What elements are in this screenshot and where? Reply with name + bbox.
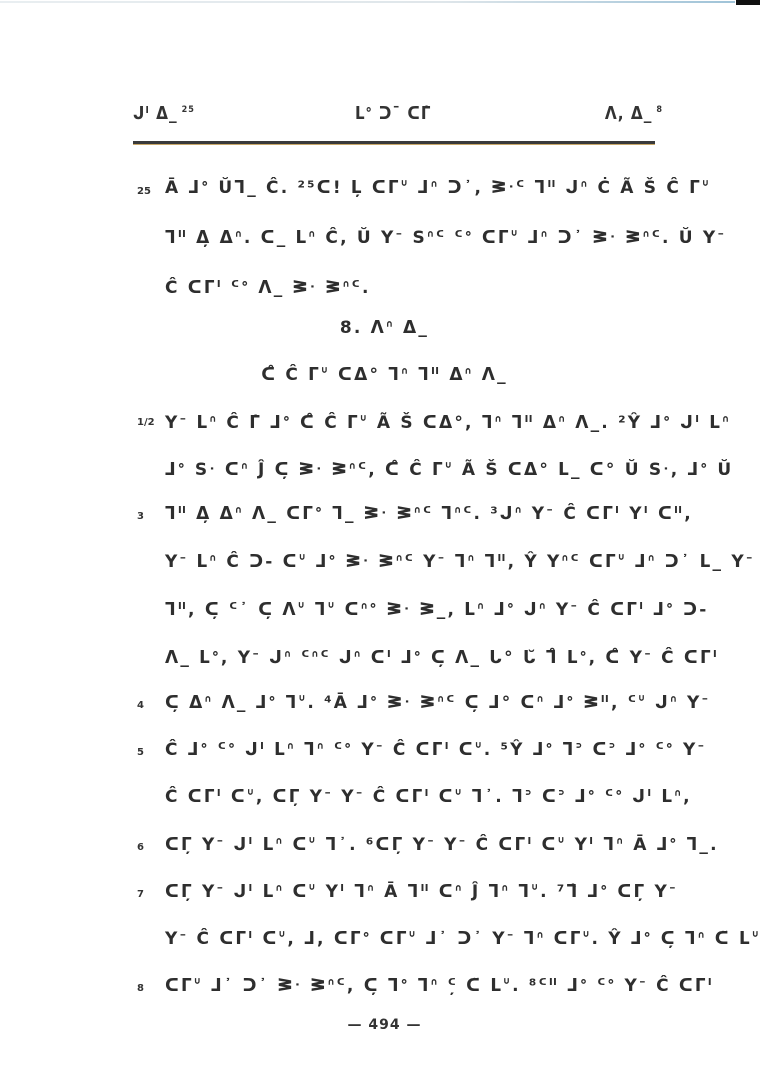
section-number: 8 bbox=[656, 105, 663, 115]
running-header: ᒍᑊ ᐃ_25 ᒪᐤ ᑐ¯ ᑕᒥ̂ ᐱ, ᐃ_8 bbox=[133, 104, 663, 134]
book-page: ᒍᑊ ᐃ_25 ᒪᐤ ᑐ¯ ᑕᒥ̂ ᐱ, ᐃ_8 25 Ā ᒧᐤ Ŭᒣ_ Ĉ. … bbox=[0, 0, 769, 1065]
section-subheading: ᑕ̊ Ĉ ᒥᐡ ᑕᐃ° ᒣᐢ ᒣᐦ ᐃᐢ ᐱ_ bbox=[0, 365, 769, 385]
verse-marker: 25 bbox=[137, 186, 151, 197]
running-header-left-text: ᒍᑊ ᐃ_ bbox=[133, 104, 178, 124]
verse-marker: 1/2 bbox=[137, 417, 155, 428]
verse-marker: 4 bbox=[137, 700, 144, 711]
chapter-number: 25 bbox=[182, 105, 195, 115]
verse-marker: 8 bbox=[137, 983, 144, 994]
running-header-right-text: ᐱ, ᐃ_ bbox=[605, 104, 652, 124]
verse-marker: 6 bbox=[137, 842, 144, 853]
verse-marker: 7 bbox=[137, 889, 144, 900]
running-header-left: ᒍᑊ ᐃ_25 bbox=[133, 104, 195, 124]
page-number: — 494 — bbox=[0, 1017, 769, 1033]
running-header-right: ᐱ, ᐃ_8 bbox=[605, 104, 663, 124]
verse-marker: 5 bbox=[137, 747, 144, 758]
running-header-title: ᒪᐤ ᑐ¯ ᑕᒥ̂ bbox=[355, 104, 431, 124]
section-heading: 8. ᐱᐢ ᐃ_ bbox=[0, 318, 769, 338]
header-rule bbox=[133, 141, 655, 145]
verse-marker: 3 bbox=[137, 511, 144, 522]
